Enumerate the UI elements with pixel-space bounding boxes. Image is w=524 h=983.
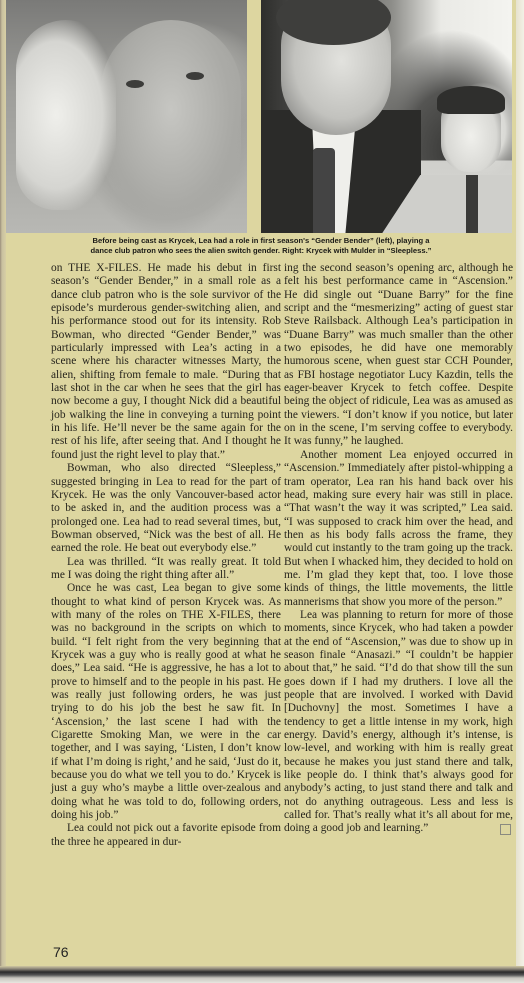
krycek-hair	[437, 86, 505, 114]
article-column-left: on THE X-FILES. He made his debut in fir…	[51, 262, 281, 849]
paragraph: Lea could not pick out a favorite episod…	[51, 822, 281, 849]
photo-caption: Before being cast as Krycek, Lea had a r…	[6, 236, 516, 260]
krycek-tie	[466, 175, 478, 233]
raised-hand-figure	[16, 20, 116, 210]
paragraph: Once he was cast, Lea began to give some…	[51, 582, 281, 822]
paragraph: ing the second season’s opening arc, alt…	[284, 262, 513, 449]
mulder-tie	[313, 148, 335, 233]
photo-gutter	[247, 0, 261, 233]
end-of-article-box-icon	[500, 824, 511, 835]
paragraph: Another moment Lea enjoyed occurred in “…	[284, 449, 513, 609]
face-figure	[101, 20, 241, 220]
paragraph-text: Lea was planning to return for more of t…	[284, 609, 513, 835]
photo-sleepless	[261, 0, 512, 233]
paragraph: Lea was thrilled. “It was really great. …	[51, 556, 281, 583]
paragraph: Bowman, who also directed “Sleepless,” s…	[51, 462, 281, 555]
paragraph: Lea was planning to return for more of t…	[284, 609, 513, 836]
eye	[186, 72, 204, 80]
eye	[126, 80, 144, 88]
caption-line-2: dance club patron who sees the alien swi…	[6, 246, 516, 256]
page-edge-right	[516, 0, 524, 983]
caption-line-1: Before being cast as Krycek, Lea had a r…	[6, 236, 516, 246]
paragraph: on THE X-FILES. He made his debut in fir…	[51, 262, 281, 462]
photo-gender-bender	[6, 0, 247, 233]
article-column-right: ing the second season’s opening arc, alt…	[284, 262, 513, 836]
page-edge-bottom	[0, 966, 524, 983]
page-number: 76	[53, 944, 69, 960]
